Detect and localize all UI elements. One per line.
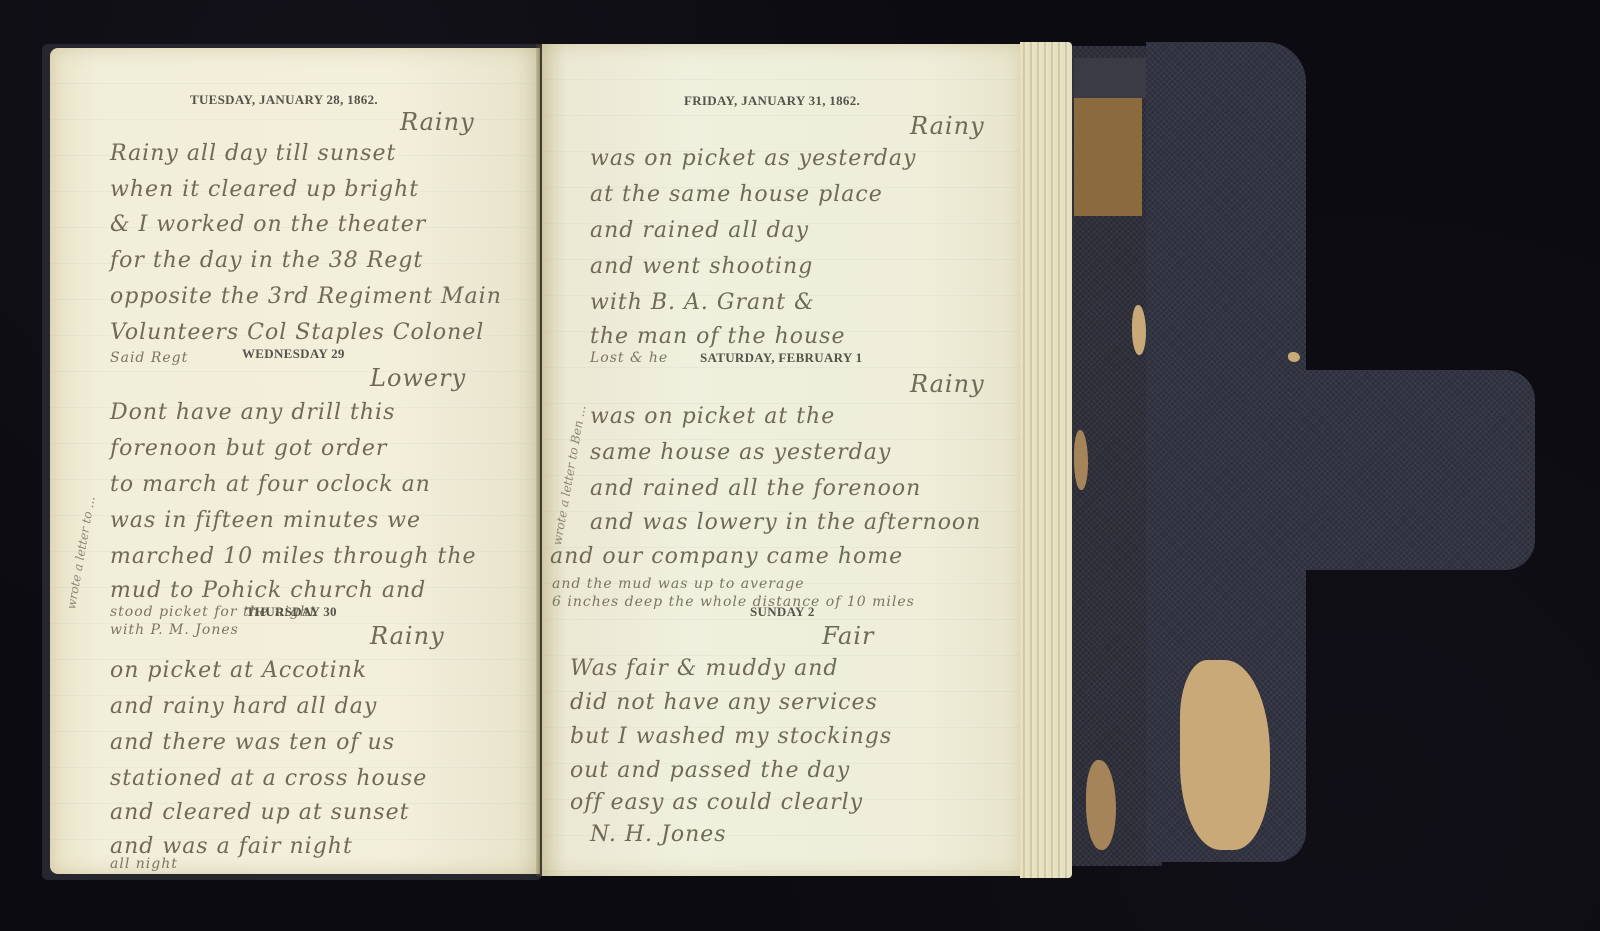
entry-line: was on picket at the bbox=[590, 404, 835, 429]
entry-line: did not have any services bbox=[570, 690, 878, 715]
weather-jan-29: Lowery bbox=[370, 364, 466, 392]
entry-line: stationed at a cross house bbox=[110, 766, 427, 791]
entry-heading-jan-28: TUESDAY, JANUARY 28, 1862. bbox=[190, 92, 378, 108]
entry-line: and was lowery in the afternoon bbox=[590, 510, 981, 535]
exposed-board-patch bbox=[1074, 98, 1142, 216]
entry-line: Volunteers Col Staples Colonel bbox=[110, 320, 484, 345]
entry-line: Rainy all day till sunset bbox=[110, 141, 396, 166]
entry-heading-feb-1: SATURDAY, FEBRUARY 1 bbox=[700, 350, 862, 366]
entry-line: mud to Pohick church and bbox=[110, 578, 426, 603]
entry-line: and rained all day bbox=[590, 218, 809, 243]
entry-line: on picket at Accotink bbox=[110, 658, 367, 683]
weather-jan-28: Rainy bbox=[400, 108, 475, 136]
entry-heading-jan-29: WEDNESDAY 29 bbox=[242, 346, 345, 362]
left-page: TUESDAY, JANUARY 28, 1862. Rainy Rainy a… bbox=[50, 48, 540, 874]
entry-line: marched 10 miles through the bbox=[110, 544, 477, 569]
entry-line: all night bbox=[110, 856, 178, 872]
entry-line: to march at four oclock an bbox=[110, 472, 431, 497]
entry-line: Said Regt bbox=[110, 350, 188, 366]
entry-line: when it cleared up bright bbox=[110, 177, 419, 202]
right-page: FRIDAY, JANUARY 31, 1862. Rainy was on p… bbox=[542, 44, 1024, 876]
entry-heading-jan-31: FRIDAY, JANUARY 31, 1862. bbox=[684, 93, 860, 109]
entry-line: Dont have any drill this bbox=[110, 400, 395, 425]
entry-line: was on picket as yesterday bbox=[590, 146, 916, 171]
entry-line: Was fair & muddy and bbox=[570, 656, 838, 681]
entry-line: but I washed my stockings bbox=[570, 724, 892, 749]
entry-heading-feb-2: SUNDAY 2 bbox=[750, 604, 815, 620]
entry-line: forenoon but got order bbox=[110, 436, 387, 461]
signature: N. H. Jones bbox=[590, 822, 727, 847]
weather-jan-31: Rainy bbox=[910, 112, 985, 140]
entry-line: was in fifteen minutes we bbox=[110, 508, 421, 533]
entry-line: opposite the 3rd Regiment Main bbox=[110, 284, 502, 309]
entry-heading-jan-30: THURSDAY 30 bbox=[246, 604, 337, 620]
weather-feb-1: Rainy bbox=[910, 370, 985, 398]
entry-line: and rainy hard all day bbox=[110, 694, 377, 719]
entry-line: and there was ten of us bbox=[110, 730, 395, 755]
entry-line: with B. A. Grant & bbox=[590, 290, 815, 315]
entry-line: at the same house place bbox=[590, 182, 883, 207]
entry-line: out and passed the day bbox=[570, 758, 850, 783]
entry-line: the man of the house bbox=[590, 324, 845, 349]
worn-leather-patch bbox=[1180, 660, 1270, 850]
margin-note-left: wrote a letter to ... bbox=[64, 495, 98, 610]
weather-jan-30: Rainy bbox=[370, 622, 445, 650]
weather-feb-2: Fair bbox=[822, 622, 874, 650]
entry-line: same house as yesterday bbox=[590, 440, 891, 465]
entry-line: with P. M. Jones bbox=[110, 622, 239, 638]
entry-line: and went shooting bbox=[590, 254, 813, 279]
margin-note-right: wrote a letter to Ben ... bbox=[550, 404, 588, 546]
worn-spot bbox=[1288, 352, 1300, 362]
entry-line: and cleared up at sunset bbox=[110, 800, 409, 825]
entry-line: Lost & he bbox=[590, 350, 668, 366]
entry-line: for the day in the 38 Regt bbox=[110, 248, 423, 273]
entry-line: and our company came home bbox=[550, 544, 903, 569]
entry-line: and the mud was up to average bbox=[552, 576, 805, 592]
entry-line: 6 inches deep the whole distance of 10 m… bbox=[552, 594, 915, 610]
cover-flap-tab bbox=[1290, 370, 1535, 570]
entry-line: and rained all the forenoon bbox=[590, 476, 921, 501]
entry-line: & I worked on the theater bbox=[110, 212, 426, 237]
page-block-edges bbox=[1020, 42, 1072, 878]
entry-line: off easy as could clearly bbox=[570, 790, 863, 815]
